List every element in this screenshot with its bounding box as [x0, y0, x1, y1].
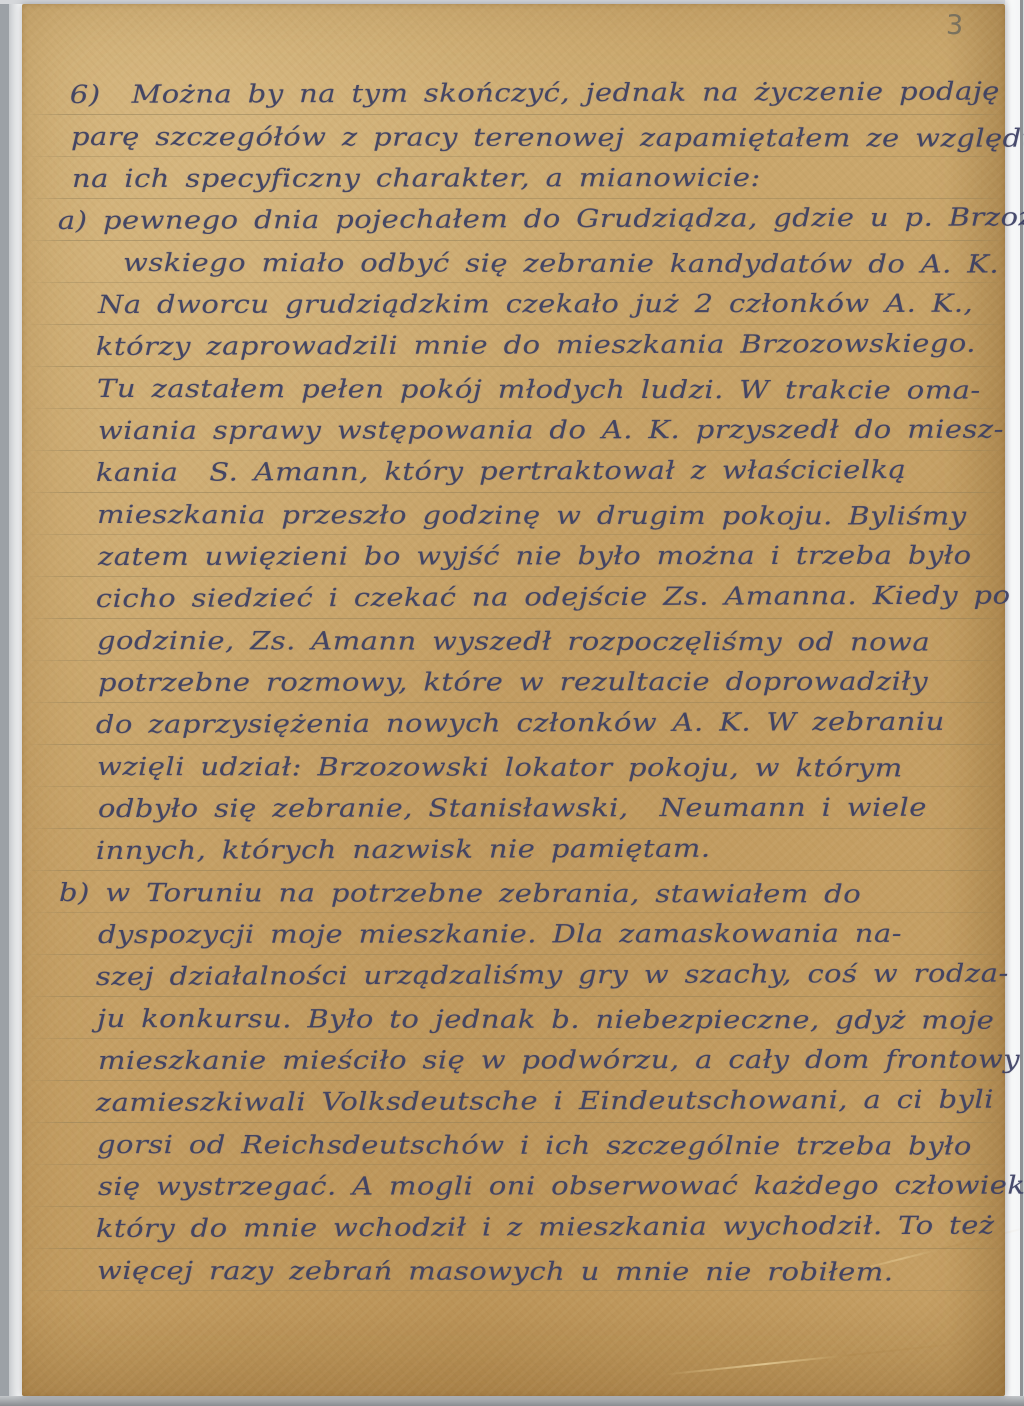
scan-edge-left-dark [0, 0, 9, 1406]
handwritten-line: odbyło się zebranie, Stanisławski, Neuma… [98, 787, 927, 830]
handwritten-line: wiania sprawy wstępowania do A. K. przys… [98, 409, 1004, 452]
handwritten-line: mieszkania przeszło godzinę w drugim pok… [97, 494, 967, 538]
handwritten-line: szej działalności urządzaliśmy gry w sza… [96, 953, 1009, 998]
handwritten-line: dyspozycji moje mieszkanie. Dla zamaskow… [98, 913, 902, 956]
handwritten-line: zatem uwięzieni bo wyjść nie było można … [98, 535, 972, 578]
handwritten-line: parę szczegółów z pracy terenowej zapami… [71, 116, 1024, 160]
handwritten-line: b) w Toruniu na potrzebne zebrania, staw… [59, 872, 861, 915]
handwritten-line: gorsi od Reichsdeutschów i ich szczególn… [97, 1124, 972, 1168]
document-page: 3 6) Można by na tym skończyć, jednak na… [22, 4, 1005, 1396]
handwritten-line: innych, których nazwisk nie pamiętam. [96, 828, 711, 872]
handwritten-line: a) pewnego dnia pojechałem do Grudziądza… [58, 196, 1024, 242]
handwritten-line: potrzebne rozmowy, które w rezultacie do… [98, 661, 928, 704]
handwritten-line: ju konkursu. Było to jednak b. niebezpie… [97, 998, 994, 1042]
handwritten-line: kania S. Amann, który pertraktował z wła… [96, 449, 907, 494]
handwritten-line: zamieszkiwali Volksdeutsche i Eindeutsch… [96, 1079, 994, 1124]
handwritten-line: mieszkanie mieściło się w podwórzu, a ca… [98, 1039, 1020, 1082]
handwritten-line: Na dworcu grudziądzkim czekało już 2 czł… [98, 283, 973, 326]
handwritten-line: więcej razy zebrań masowych u mnie nie r… [97, 1250, 893, 1293]
handwritten-line: wzięli udział: Brzozowski lokator pokoju… [97, 746, 903, 789]
handwritten-line: wskiego miało odbyć się zebranie kandyda… [123, 242, 999, 286]
scan-edge-left-light [9, 0, 22, 1406]
handwritten-line: się wystrzegać. A mogli oni obserwować k… [98, 1165, 1024, 1208]
handwritten-line: cicho siedzieć i czekać na odejście Zs. … [96, 575, 1011, 620]
handwritten-line: który do mnie wchodził i z mieszkania wy… [96, 1205, 995, 1250]
handwritten-line: na ich specyficzny charakter, a mianowic… [72, 157, 761, 200]
handwritten-line: 6) Można by na tym skończyć, jednak na ż… [70, 71, 1000, 116]
handwritten-line: którzy zaprowadzili mnie do mieszkania B… [96, 323, 976, 368]
handwritten-line: Tu zastałem pełen pokój młodych ludzi. W… [97, 368, 981, 412]
handwritten-line: do zaprzysiężenia nowych członków A. K. … [96, 701, 945, 746]
handwritten-text: 6) Można by na tym skończyć, jednak na ż… [22, 4, 1005, 1396]
scan-edge-bottom [0, 1396, 1024, 1406]
handwritten-line: godzinie, Zs. Amann wyszedł rozpoczęliśm… [97, 620, 930, 664]
